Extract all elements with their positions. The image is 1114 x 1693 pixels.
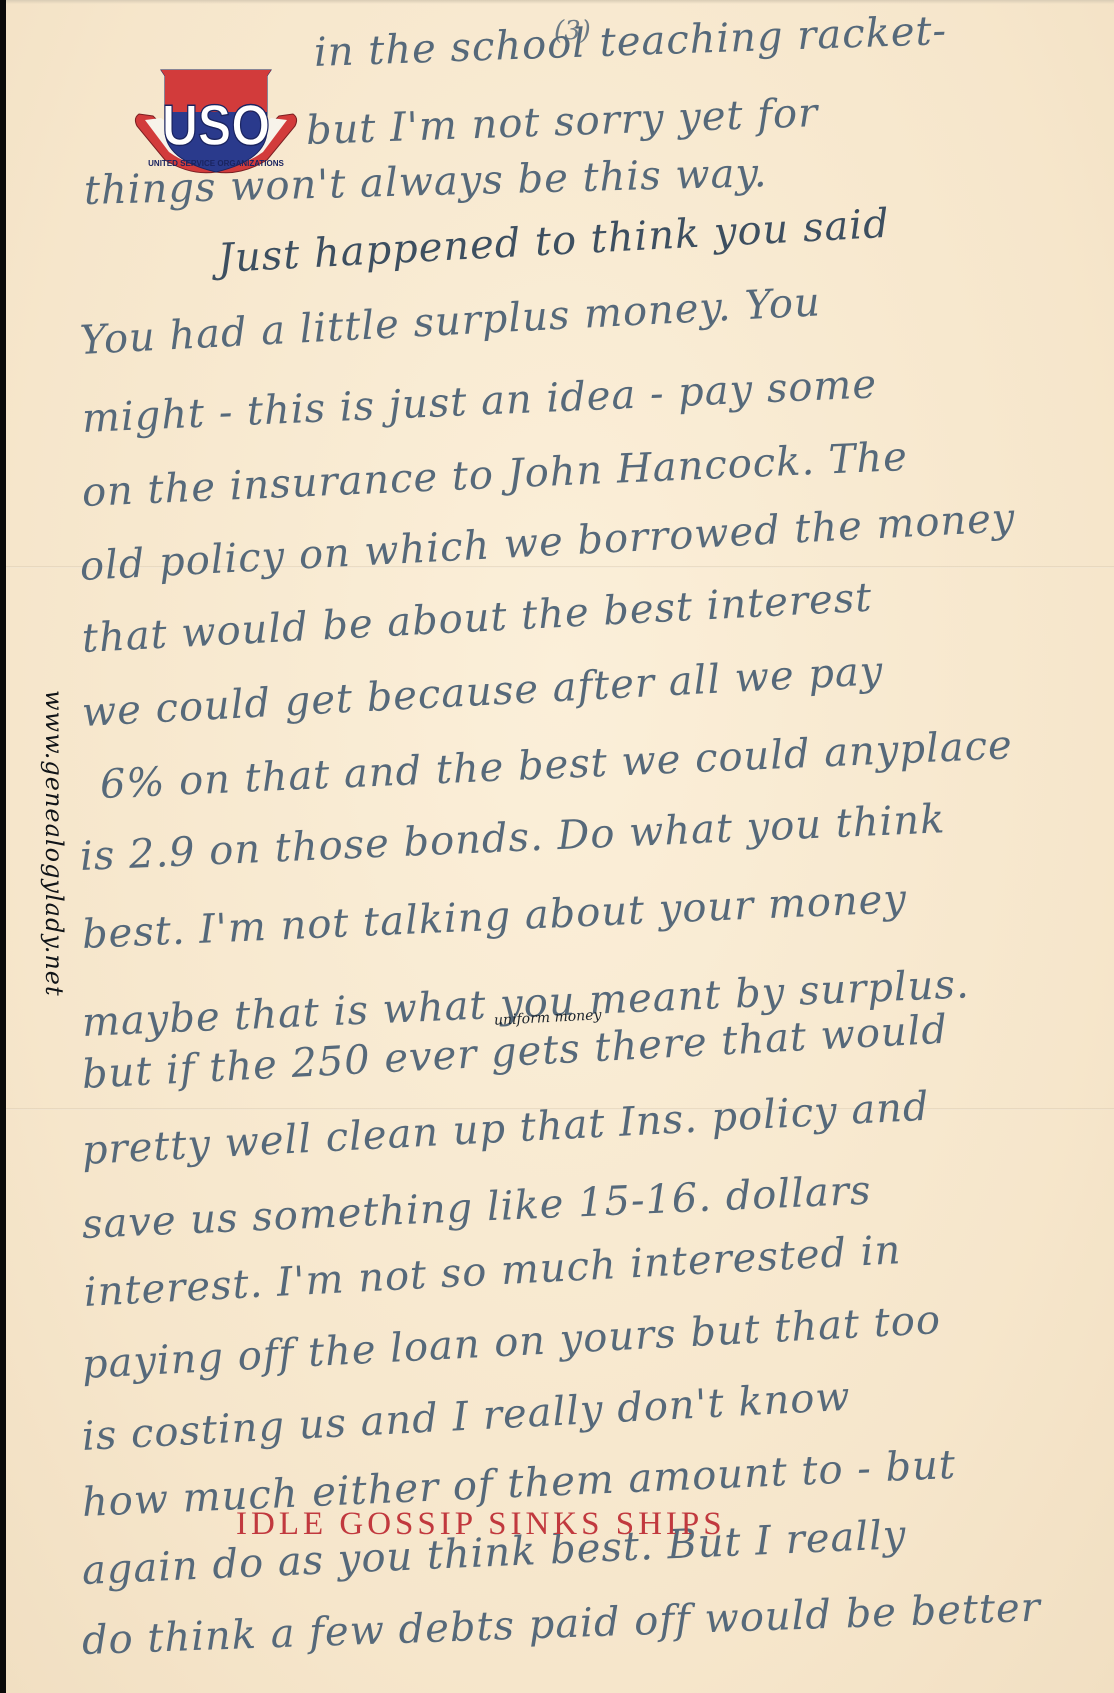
letter-line: paying off the loan on yours but that to… (81, 1297, 942, 1388)
svg-text:USO: USO (162, 94, 270, 158)
letter-line: pretty well clean up that Ins. policy an… (81, 1084, 931, 1174)
letter-line: 6% on that and the best we could anyplac… (99, 722, 1014, 808)
uso-logo-icon: USO UNITED SERVICE ORGANIZATIONS (131, 68, 301, 178)
watermark-url: www.genealogylady.net (40, 690, 68, 997)
letter-line: You had a little surplus money. You (79, 279, 822, 364)
letter-line: is 2.9 on those bonds. Do what you think (79, 796, 946, 880)
letter-page: (3) USO UNITED SERVICE ORGANIZATIONS www… (6, 0, 1114, 1693)
letter-line: Just happened to think you said (217, 201, 891, 282)
letter-line: might - this is just an idea - pay some (81, 361, 878, 442)
letterhead-slogan: IDLE GOSSIP SINKS SHIPS (236, 1506, 726, 1543)
letter-line: is costing us and I really don't know (81, 1374, 852, 1460)
letter-line: but I'm not sorry yet for (305, 90, 819, 154)
letter-line: in the school teaching racket- (313, 8, 948, 76)
letter-line: that would be about the best interest (81, 575, 874, 662)
letter-line: we could get because after all we pay (81, 648, 885, 736)
letter-line: on the insurance to John Hancock. The (81, 434, 909, 516)
letter-line: best. I'm not talking about your money (81, 876, 908, 958)
letter-line: do think a few debts paid off would be b… (81, 1585, 1041, 1664)
